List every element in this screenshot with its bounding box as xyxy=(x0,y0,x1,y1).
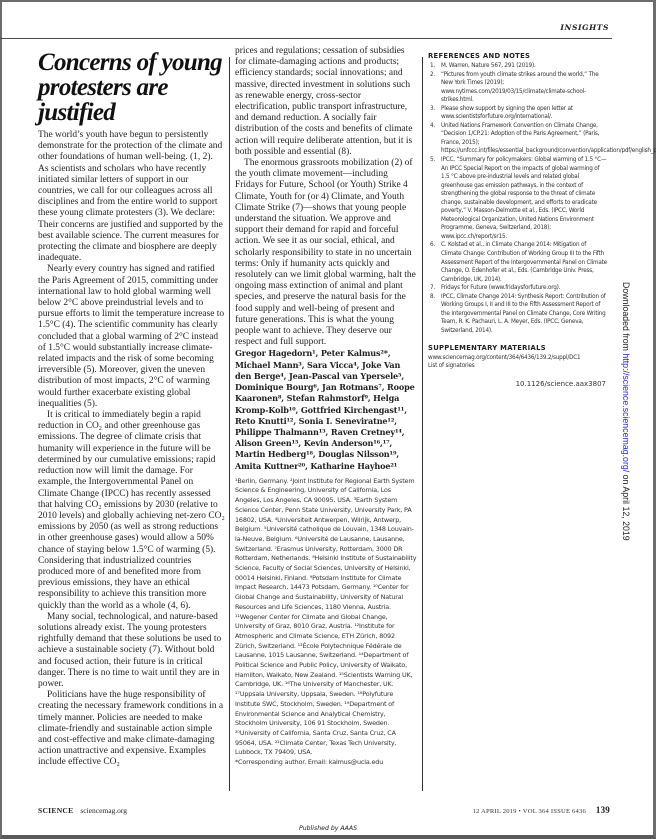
reference-item: 3.Please show support by signing the ope… xyxy=(428,105,608,122)
article-title: Concerns of young protesters are justifi… xyxy=(38,50,225,125)
reference-text: IPCC, Climate Change 2014: Synthesis Rep… xyxy=(441,294,606,334)
paragraph: The world’s youth have begun to persiste… xyxy=(38,130,225,264)
reference-item: 4.United Nations Framework Convention on… xyxy=(428,122,608,156)
download-link[interactable]: http://science.sciencemag.org/ xyxy=(621,353,631,472)
column-2: prices and regulations; cessation of sub… xyxy=(235,46,417,768)
journal-brand: SCIENCE xyxy=(38,806,73,815)
journal-site[interactable]: sciencemag.org xyxy=(80,806,127,815)
supplementary-heading: SUPPLEMENTARY MATERIALS xyxy=(428,344,608,352)
download-suffix: on April 12, 2019 xyxy=(621,472,631,540)
paragraph: The enormous grassroots mobilization (2)… xyxy=(235,158,417,348)
paragraph: prices and regulations; cessation of sub… xyxy=(235,46,417,158)
header-rule xyxy=(0,38,612,39)
published-by: Published by AAAS xyxy=(0,825,656,832)
issue-info: 12 APRIL 2019 • VOL 364 ISSUE 6436 xyxy=(473,808,586,815)
reference-item: 1.M. Warren, Nature 567, 291 (2019). xyxy=(428,62,608,71)
article-body-col1: The world’s youth have begun to persiste… xyxy=(38,130,225,769)
supplementary-url[interactable]: www.sciencemag.org/content/364/6436/139.… xyxy=(428,354,608,363)
article-body-col2: prices and regulations; cessation of sub… xyxy=(235,46,417,348)
author-list: Gregor Hagedorn¹, Peter Kalmus²*, Michae… xyxy=(235,348,417,471)
supplementary-note: List of signatories xyxy=(428,362,608,371)
reference-text: C. Kolstad et al., in Climate Change 201… xyxy=(441,242,607,282)
references-heading: REFERENCES AND NOTES xyxy=(428,52,608,60)
reference-text[interactable]: Fridays for Future (www.fridaysforfuture… xyxy=(441,285,560,291)
column-1: Concerns of young protesters are justifi… xyxy=(38,50,225,769)
reference-number: 2. xyxy=(430,71,435,80)
reference-number: 7. xyxy=(430,284,435,293)
reference-number: 5. xyxy=(430,156,435,165)
reference-text[interactable]: Please show support by signing the open … xyxy=(441,106,573,121)
reference-item: 7.Fridays for Future (www.fridaysforfutu… xyxy=(428,284,608,293)
footer-left: SCIENCE sciencemag.org xyxy=(38,806,127,815)
page-number: 139 xyxy=(596,805,610,815)
reference-item: 2.“Pictures from youth climate strikes a… xyxy=(428,71,608,105)
paragraph: It is critical to immediately begin a ra… xyxy=(38,410,225,612)
section-label: INSIGHTS xyxy=(560,23,609,32)
reference-text[interactable]: “Pictures from youth climate strikes aro… xyxy=(441,72,599,104)
column-3: REFERENCES AND NOTES 1.M. Warren, Nature… xyxy=(428,52,608,388)
corresponding-author[interactable]: *Corresponding author. Email: kalmus@ucl… xyxy=(235,758,383,766)
affiliations: ¹Berlin, Germany. ²Joint Institute for R… xyxy=(235,477,417,768)
column-divider xyxy=(229,57,230,791)
reference-number: 1. xyxy=(430,62,435,71)
footer-right: 12 APRIL 2019 • VOL 364 ISSUE 6436 139 xyxy=(473,805,610,815)
download-note: Downloaded from http://science.sciencema… xyxy=(621,282,631,541)
paragraph: Nearly every country has signed and rati… xyxy=(38,264,225,410)
download-prefix: Downloaded from xyxy=(621,282,631,353)
reference-text: M. Warren, Nature 567, 291 (2019). xyxy=(441,63,536,69)
paragraph: Many social, technological, and nature-b… xyxy=(38,612,225,690)
reference-text[interactable]: IPCC, “Summary for policymakers: Global … xyxy=(441,157,606,240)
reference-item: 8.IPCC, Climate Change 2014: Synthesis R… xyxy=(428,293,608,336)
reference-number: 3. xyxy=(430,105,435,114)
reference-number: 4. xyxy=(430,122,435,131)
column-divider xyxy=(422,57,423,791)
reference-number: 6. xyxy=(430,241,435,250)
reference-number: 8. xyxy=(430,293,435,302)
reference-item: 6.C. Kolstad et al., in Climate Change 2… xyxy=(428,241,608,284)
doi[interactable]: 10.1126/science.aax3807 xyxy=(428,380,608,388)
affiliation-text: ¹Berlin, Germany. ²Joint Institute for R… xyxy=(235,477,416,757)
paragraph: Politicians have the huge responsibility… xyxy=(38,690,225,768)
reference-item: 5.IPCC, “Summary for policymakers: Globa… xyxy=(428,156,608,241)
references-list: 1.M. Warren, Nature 567, 291 (2019). 2.“… xyxy=(428,62,608,336)
